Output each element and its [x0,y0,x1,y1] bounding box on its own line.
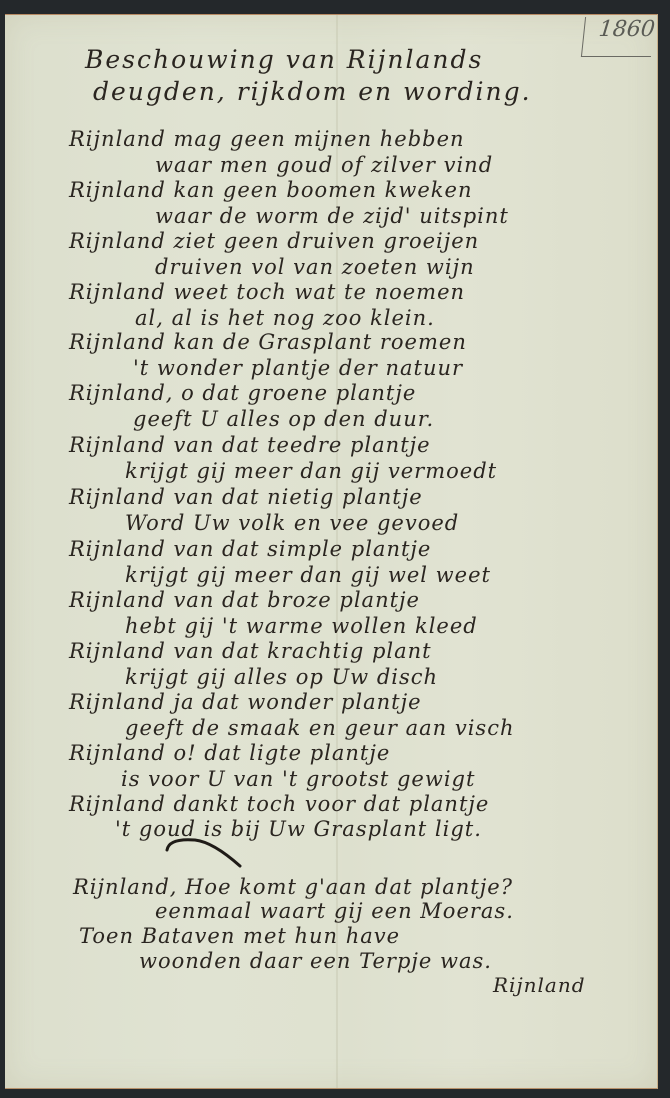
verse-line: Rijnland weet toch wat te noemen [69,280,465,304]
verse-line: Rijnland van dat simple plantje [69,537,431,561]
verse-line: al, al is het nog zoo klein. [135,306,435,330]
archive-number: 1860 [581,17,655,57]
verse-line: Rijnland, o dat groene plantje [69,381,416,405]
verse-line: Rijnland o! dat ligte plantje [69,741,390,765]
decorative-flourish-icon [165,832,285,872]
verse-line: Rijnland dankt toch voor dat plantje [69,792,489,816]
verse-line: krijgt gij meer dan gij wel weet [125,563,491,587]
signature: Rijnland [493,973,586,997]
verse-line: Rijnland ziet geen druiven groeijen [69,229,479,253]
title-line-1: Beschouwing van Rijnlands [85,45,483,74]
manuscript-page: 1860 Beschouwing van Rijnlands deugden, … [5,14,658,1089]
verse-line: hebt gij 't warme wollen kleed [125,614,478,638]
verse-line: geeft de smaak en geur aan visch [125,716,514,740]
closing-line: Rijnland, Hoe komt g'aan dat plantje? [73,875,513,899]
verse-line: Rijnland van dat teedre plantje [69,433,431,457]
verse-line: waar de worm de zijd' uitspint [155,204,509,228]
verse-line: 't wonder plantje der natuur [133,356,463,380]
verse-line: geeft U alles op den duur. [133,407,434,431]
verse-line: Rijnland van dat nietig plantje [69,485,423,509]
verse-line: is voor U van 't grootst gewigt [121,767,475,791]
verse-line: Word Uw volk en vee gevoed [125,511,459,535]
verse-line: druiven vol van zoeten wijn [155,255,475,279]
verse-line: Rijnland kan de Grasplant roemen [69,330,467,354]
verse-line: Rijnland van dat broze plantje [69,588,420,612]
closing-line: Toen Bataven met hun have [79,924,400,948]
verse-line: Rijnland mag geen mijnen hebben [69,127,465,151]
verse-line: Rijnland kan geen boomen kweken [69,178,472,202]
closing-line: eenmaal waart gij een Moeras. [155,899,514,923]
verse-line: waar men goud of zilver vind [155,153,493,177]
verse-line: krijgt gij alles op Uw disch [125,665,438,689]
verse-line: Rijnland van dat krachtig plant [69,639,432,663]
title-line-2: deugden, rijkdom en wording. [93,77,532,106]
closing-line: woonden daar een Terpje was. [139,949,492,973]
verse-line: Rijnland ja dat wonder plantje [69,690,422,714]
verse-line: krijgt gij meer dan gij vermoedt [125,459,497,483]
